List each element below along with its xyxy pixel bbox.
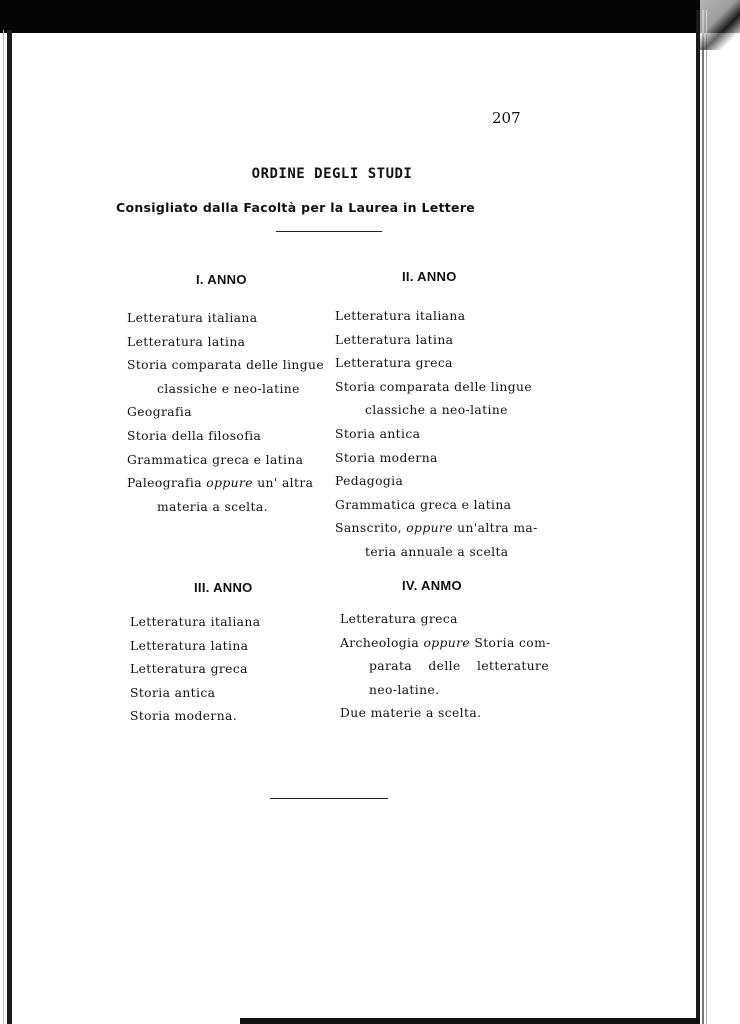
year-3-course-list: Letteratura italianaLetteratura latinaLe… [130,611,260,729]
page-subtitle: Consigliato dalla Facoltà per la Laurea … [116,200,475,215]
page-number: 207 [492,109,521,127]
course-item: parata delle letterature [340,655,561,679]
course-item: Grammatica greca e latina [335,494,538,518]
page-title-text: ORDINE DEGLI STUDI [252,166,413,182]
course-item: classiche e neo-latine [127,378,324,402]
course-text: Storia com- [470,636,551,650]
year-3-heading: III. ANNO [194,580,253,595]
title-divider [276,231,382,232]
year-4-heading: IV. ANMO [402,578,462,593]
course-item: Letteratura greca [340,608,561,632]
course-text: un' altra [253,476,313,490]
course-item: Letteratura italiana [130,611,260,635]
scan-right-edge-shadow-2 [706,10,707,1024]
course-text: Paleografia [127,476,206,490]
course-item: Storia comparata delle lingue [127,354,324,378]
course-item: materia a scelta. [127,496,324,520]
course-item: Letteratura greca [130,658,260,682]
course-item: Storia della filosofia [127,425,324,449]
course-italic-text: oppure [406,521,453,535]
course-italic-text: oppure [423,636,470,650]
course-item: Storia moderna [335,447,538,471]
course-item: Sanscrito, oppure un'altra ma- [335,517,538,541]
scan-bottom-border [240,1018,700,1024]
course-item: Grammatica greca e latina [127,449,324,473]
course-item: classiche a neo-latine [335,399,538,423]
course-item: Storia comparata delle lingue [335,376,538,400]
course-item: Pedagogia [335,470,538,494]
course-item: Due materie a scelta. [340,702,561,726]
course-item: Storia antica [130,682,260,706]
course-item: Storia antica [335,423,538,447]
course-item: Letteratura italiana [127,307,324,331]
scan-top-border [0,0,740,33]
course-text: un'altra ma- [453,521,538,535]
course-item: teria annuale a scelta [335,541,538,565]
course-item: Storia moderna. [130,705,260,729]
year-4-course-list: Letteratura grecaArcheologia oppure Stor… [340,608,561,726]
scan-page-corner [700,0,740,50]
year-2-heading: II. ANNO [402,269,457,284]
year-1-course-list: Letteratura italianaLetteratura latinaSt… [127,307,324,519]
year-1-heading: I. ANNO [196,272,247,287]
course-item: neo-latine. [340,679,561,703]
scan-right-edge [696,10,700,1024]
course-italic-text: oppure [206,476,253,490]
year-2-course-list: Letteratura italianaLetteratura latinaLe… [335,305,538,565]
course-item: Letteratura latina [130,635,260,659]
course-text: Sanscrito, [335,521,406,535]
course-item: Letteratura greca [335,352,538,376]
page-title: ORDINE DEGLI STUDI [0,166,700,182]
course-item: Paleografia oppure un' altra [127,472,324,496]
course-item: Archeologia oppure Storia com- [340,632,561,656]
course-text: Archeologia [340,636,423,650]
course-item: Letteratura italiana [335,305,538,329]
end-divider [270,798,388,799]
scan-right-edge-shadow [702,10,704,1024]
course-item: Geografia [127,401,324,425]
course-item: Letteratura latina [335,329,538,353]
course-item: Letteratura latina [127,331,324,355]
